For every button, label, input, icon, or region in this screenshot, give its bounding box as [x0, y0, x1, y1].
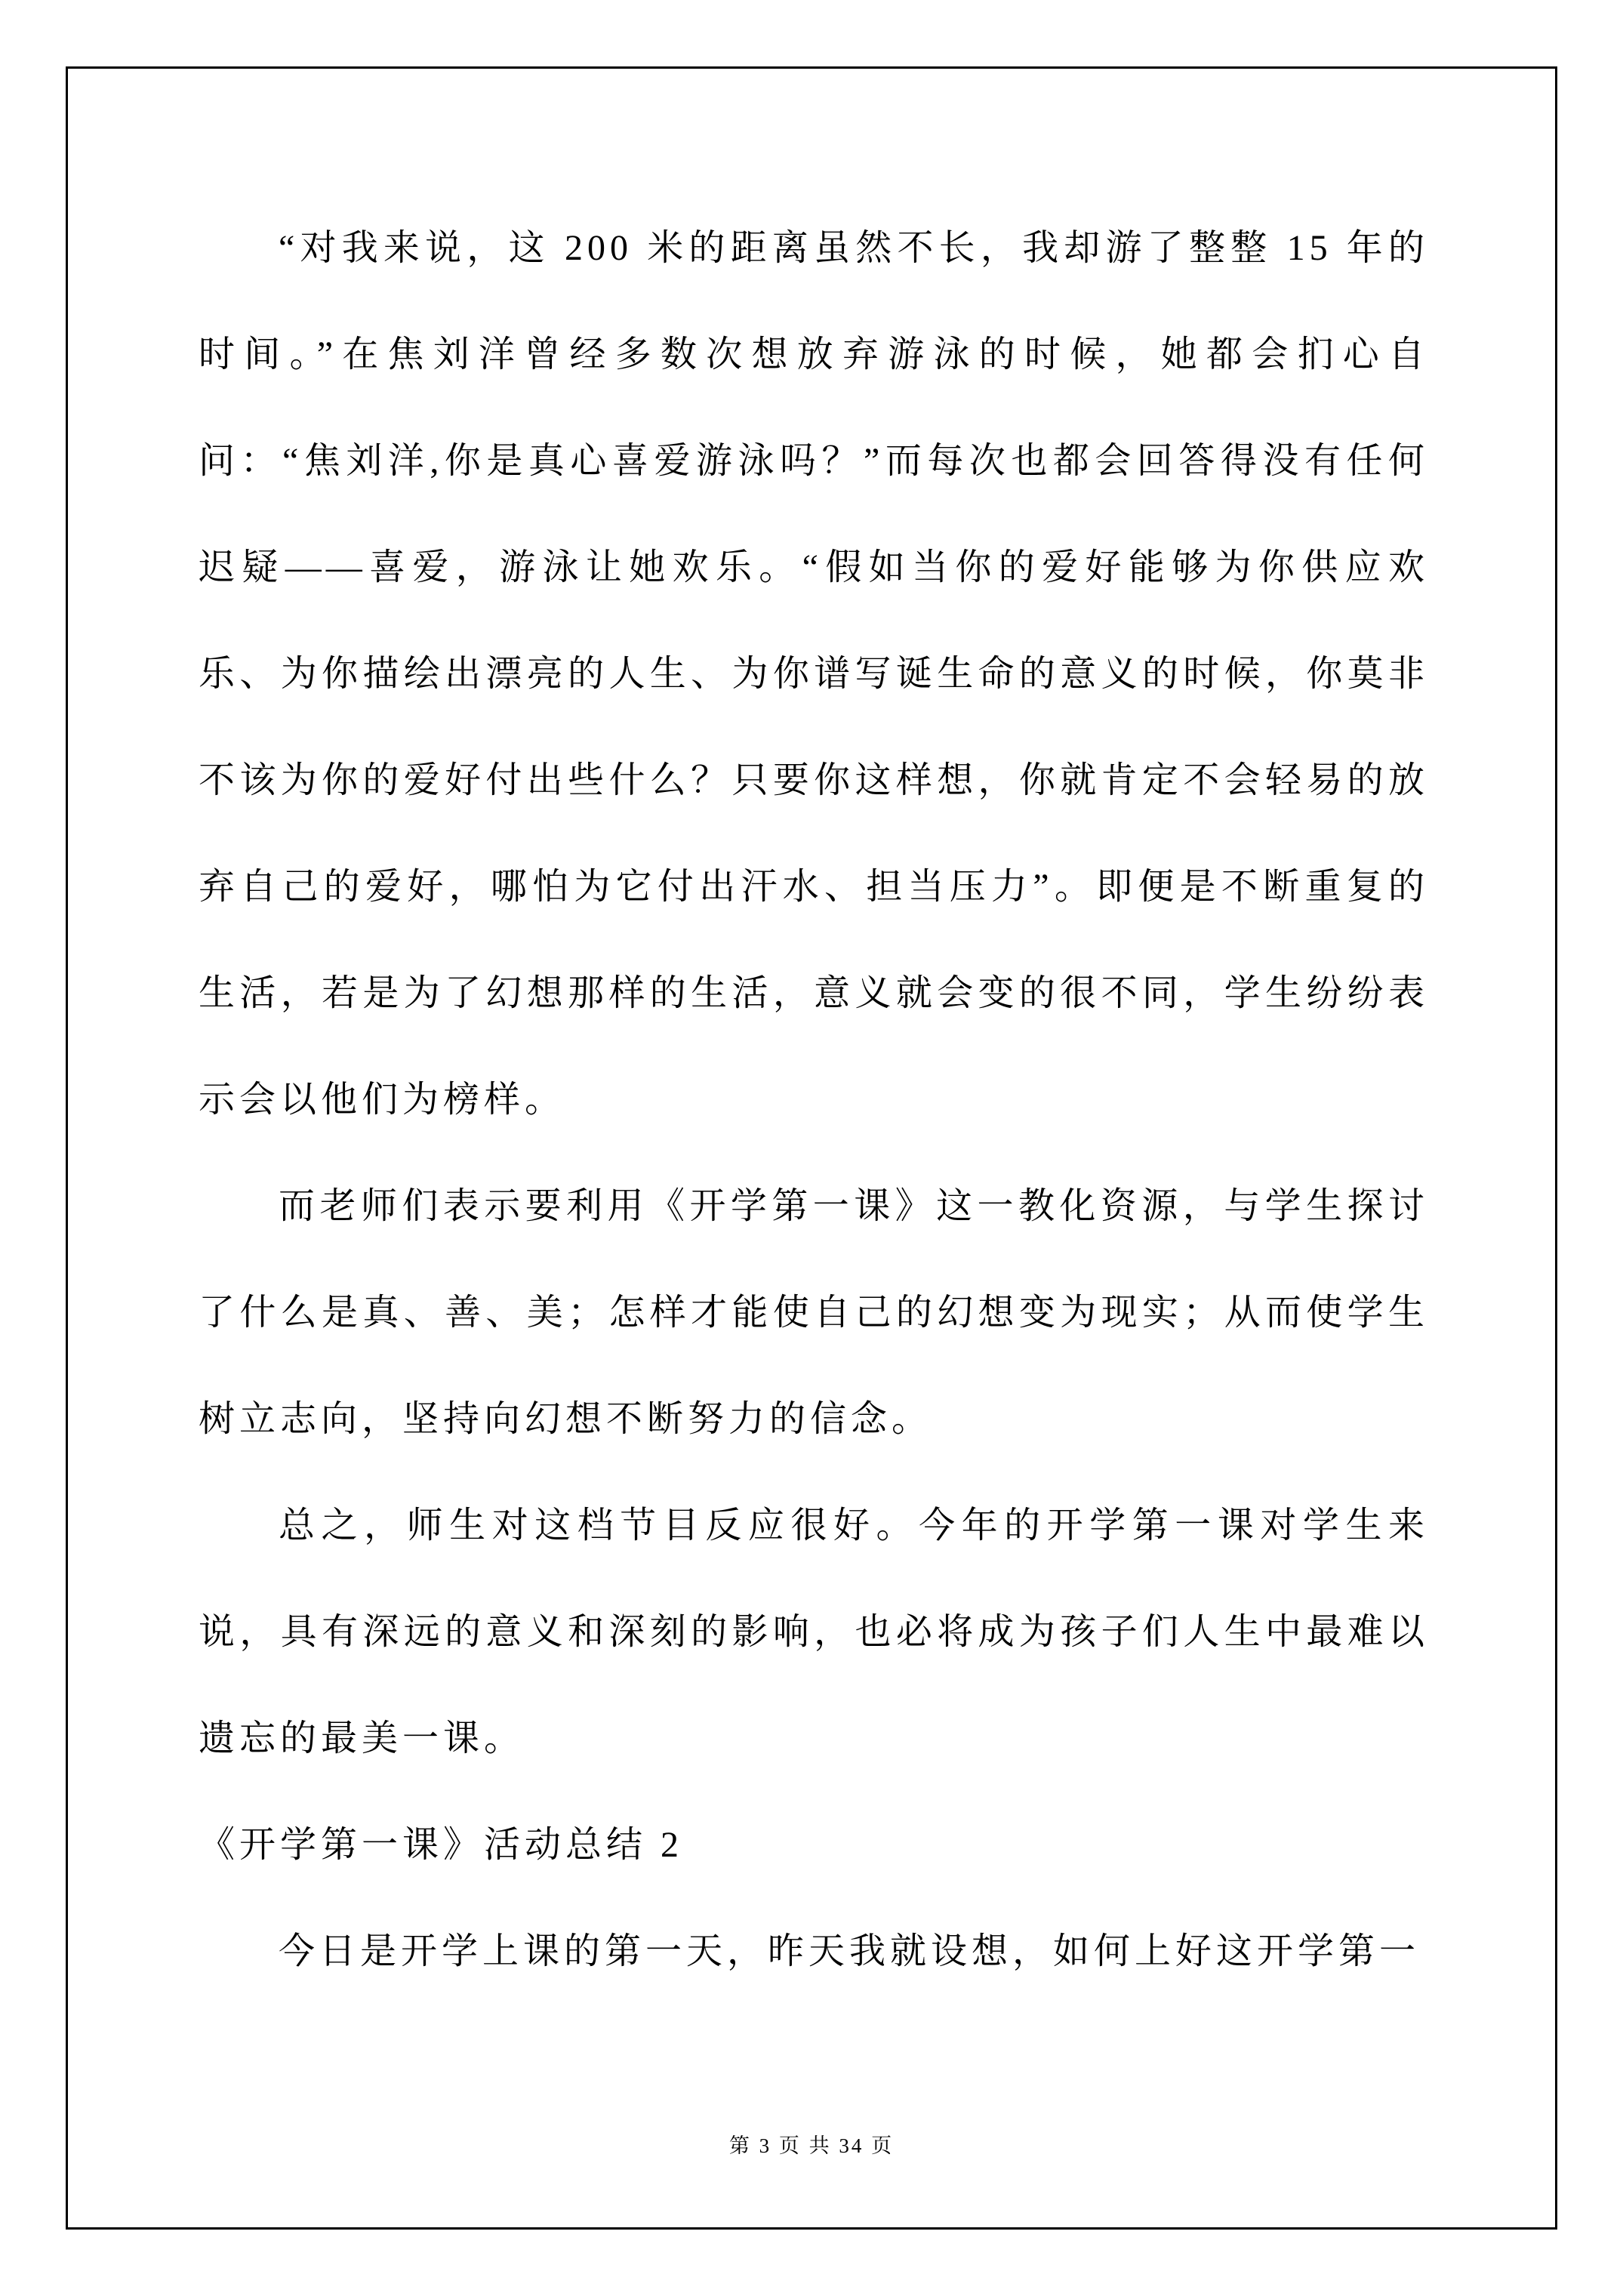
document-body: “对我来说，这 200 米的距离虽然不长，我却游了整整 15 年的时间。”在焦刘… — [199, 195, 1429, 2005]
page-footer: 第 3 页 共 34 页 — [66, 2129, 1557, 2159]
section-heading: 《开学第一课》活动总结 2 — [199, 1792, 1429, 1898]
body-paragraph: 总之，师生对这档节目反应很好。今年的开学第一课对学生来说，具有深远的意义和深刻的… — [199, 1472, 1429, 1792]
body-paragraph: 而老师们表示要利用《开学第一课》这一教化资源，与学生探讨了什么是真、善、美；怎样… — [199, 1153, 1429, 1472]
body-paragraph: 今日是开学上课的第一天，昨天我就设想，如何上好这开学第一 — [199, 1898, 1429, 2005]
body-paragraph: “对我来说，这 200 米的距离虽然不长，我却游了整整 15 年的时间。”在焦刘… — [199, 195, 1429, 1153]
